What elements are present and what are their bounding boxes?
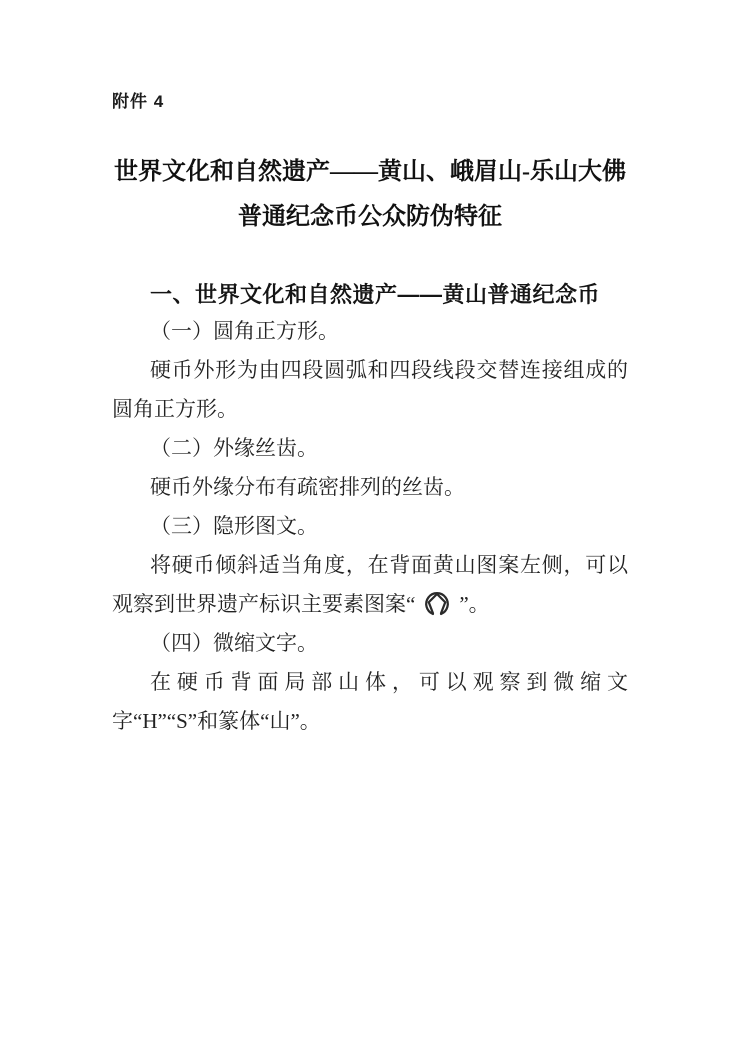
paragraph-edge-serrations: 硬币外缘分布有疏密排列的丝齿。 (112, 468, 628, 507)
section-heading: 一、世界文化和自然遗产——黄山普通纪念币 (112, 277, 628, 312)
document-body: 一、世界文化和自然遗产——黄山普通纪念币 （一）圆角正方形。 硬币外形为由四段圆… (112, 277, 628, 741)
document-title: 世界文化和自然遗产——黄山、峨眉山-乐山大佛 普通纪念币公众防伪特征 (0, 150, 740, 240)
document-title-line-1: 世界文化和自然遗产——黄山、峨眉山-乐山大佛 (0, 150, 740, 195)
world-heritage-emblem-icon (422, 588, 452, 618)
paragraph-microtext: 在硬币背面局部山体，可以观察到微缩文字“H”“S”和篆体“山”。 (112, 663, 628, 741)
paragraph-latent-image-text-before: 将硬币倾斜适当角度，在背面黄山图案左侧，可以观察到世界遗产标识主要素图案“ (112, 553, 628, 616)
subheading-latent-image: （三）隐形图文。 (112, 507, 628, 546)
paragraph-rounded-square: 硬币外形为由四段圆弧和四段线段交替连接组成的圆角正方形。 (112, 351, 628, 429)
paragraph-latent-image: 将硬币倾斜适当角度，在背面黄山图案左侧，可以观察到世界遗产标识主要素图案“ ”。 (112, 546, 628, 624)
subheading-rounded-square: （一）圆角正方形。 (112, 312, 628, 351)
paragraph-latent-image-text-after: ”。 (459, 592, 489, 616)
document-title-line-2: 普通纪念币公众防伪特征 (0, 195, 740, 240)
attachment-label: 附件 4 (112, 92, 164, 112)
subheading-edge-serrations: （二）外缘丝齿。 (112, 429, 628, 468)
document-page: 附件 4 世界文化和自然遗产——黄山、峨眉山-乐山大佛 普通纪念币公众防伪特征 … (0, 0, 740, 1047)
subheading-microtext: （四）微缩文字。 (112, 624, 628, 663)
